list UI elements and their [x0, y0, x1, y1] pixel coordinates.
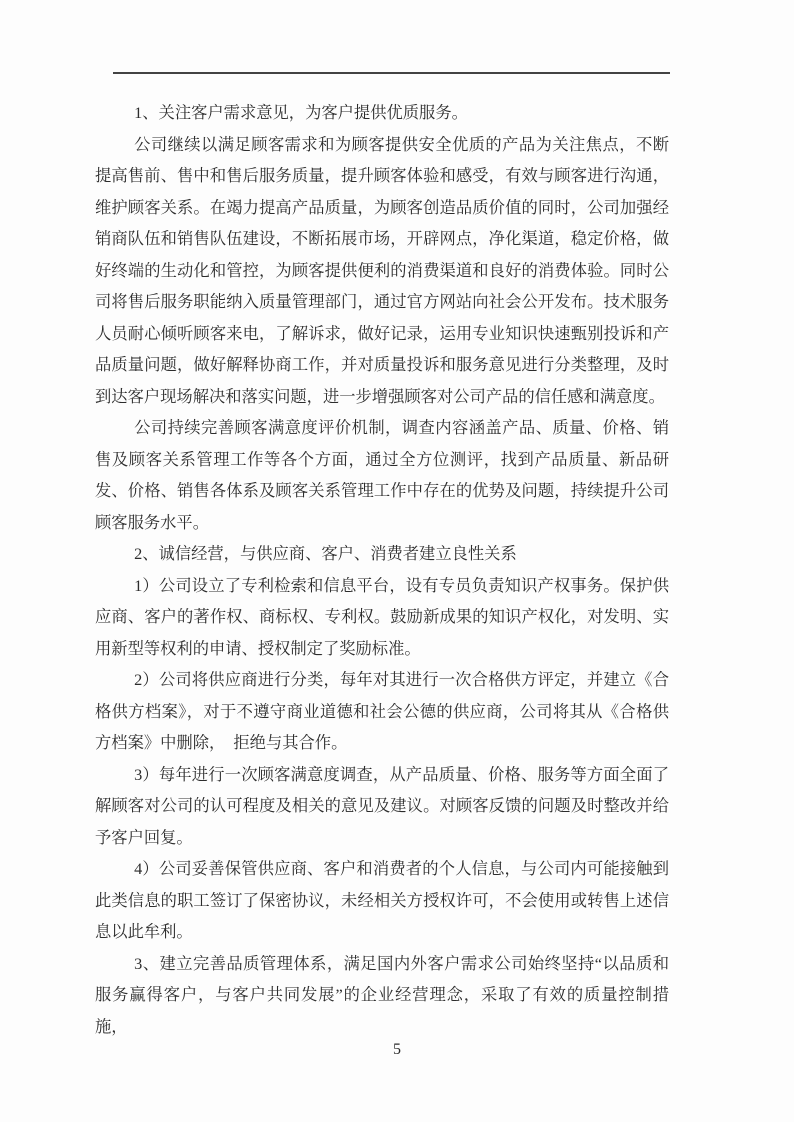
- paragraph-body: 公司持续完善顾客满意度评价机制，调查内容涵盖产品、质量、价格、销售及顾客关系管理…: [95, 412, 669, 538]
- paragraph-item-3: 3）每年进行一次顾客满意度调查，从产品质量、价格、服务等方面全面了解顾客对公司的…: [95, 759, 669, 854]
- paragraph-heading-3: 3、建立完善品质管理体系，满足国内外客户需求公司始终坚持“以品质和服务赢得客户，…: [95, 948, 669, 1043]
- paragraph-item-4: 4）公司妥善保管供应商、客户和消费者的个人信息，与公司内可能接触到此类信息的职工…: [95, 853, 669, 948]
- paragraph-heading-1: 1、关注客户需求意见，为客户提供优质服务。: [95, 97, 669, 129]
- document-page: 1、关注客户需求意见，为客户提供优质服务。 公司继续以满足顾客需求和为顾客提供安…: [0, 0, 794, 1122]
- page-number: 5: [0, 1038, 794, 1062]
- header-rule: [113, 72, 670, 74]
- paragraph-item-2: 2）公司将供应商进行分类，每年对其进行一次合格供方评定，并建立《合格供方档案》，…: [95, 664, 669, 759]
- paragraph-heading-2: 2、诚信经营，与供应商、客户、消费者建立良性关系: [95, 538, 669, 570]
- paragraph-item-1: 1）公司设立了专利检索和信息平台，设有专员负责知识产权事务。保护供应商、客户的著…: [95, 570, 669, 665]
- paragraph-body: 公司继续以满足顾客需求和为顾客提供安全优质的产品为关注焦点，不断提高售前、售中和…: [95, 129, 669, 413]
- document-body: 1、关注客户需求意见，为客户提供优质服务。 公司继续以满足顾客需求和为顾客提供安…: [95, 97, 669, 1042]
